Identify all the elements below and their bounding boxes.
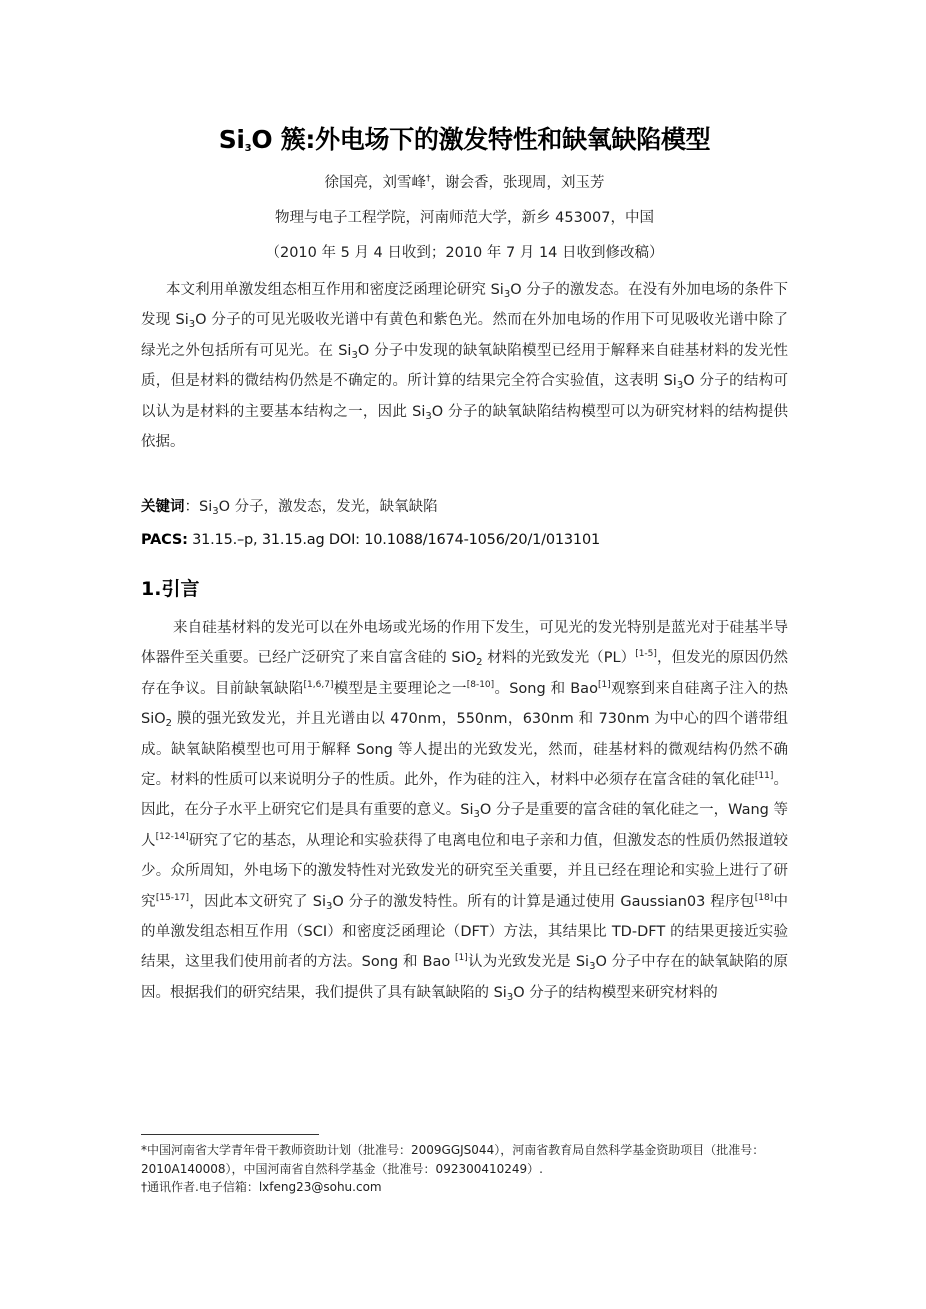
citation-ref: [18] xyxy=(755,893,773,903)
keywords-text: Si xyxy=(199,499,212,515)
authors-text: 徐国亮，刘雪峰 xyxy=(325,175,427,191)
citation-ref: [12-14] xyxy=(156,832,189,842)
corresponding-author-footnote: †通讯作者.电子信箱：lxfeng23@sohu.com xyxy=(141,1178,801,1197)
citation-ref: [8-10] xyxy=(467,680,494,690)
pacs-doi: PACS: 31.15.–p, 31.15.ag DOI: 10.1088/16… xyxy=(141,532,600,548)
funding-footnote: *中国河南省大学青年骨干教师资助计划（批准号：2009GGJS044），河南省教… xyxy=(141,1141,801,1178)
authors-text: ，谢会香，张现周，刘玉芳 xyxy=(431,175,605,191)
footnote-divider xyxy=(141,1134,319,1135)
introduction-body: 来自硅基材料的发光可以在外电场或光场的作用下发生，可见光的发光特别是蓝光对于硅基… xyxy=(141,613,788,1008)
affiliation: 物理与电子工程学院，河南师范大学，新乡 453007，中国 xyxy=(141,206,788,227)
body-text: 模型是主要理论之一 xyxy=(333,681,466,697)
body-text: 膜的强光致发光，并且光谱由以 470nm，550nm，630nm 和 730nm… xyxy=(141,711,788,788)
body-text: O 分子的激发特性。所有的计算是通过使用 Gaussian03 程序包 xyxy=(332,894,754,910)
citation-ref: [15-17] xyxy=(156,893,189,903)
keywords: 关键词：Si3O 分子，激发态，发光，缺氧缺陷 xyxy=(141,495,438,516)
paper-title: Si3O 簇:外电场下的激发特性和缺氧缺陷模型 xyxy=(141,120,788,156)
citation-ref: [1,6,7] xyxy=(304,680,334,690)
citation-ref: [11] xyxy=(755,771,773,781)
author-list: 徐国亮，刘雪峰†，谢会香，张现周，刘玉芳 xyxy=(141,171,788,192)
pacs-label: PACS: xyxy=(141,532,188,548)
citation-ref: [1] xyxy=(455,953,468,963)
abstract-text: 本文利用单激发组态相互作用和密度泛函理论研究 Si xyxy=(166,282,504,298)
title-text: Si xyxy=(219,125,245,154)
citation-ref: [1] xyxy=(598,680,611,690)
keywords-colon: ： xyxy=(185,499,200,515)
body-text: 认为光致发光是 Si xyxy=(468,954,589,970)
body-text: 材料的光致发光（PL） xyxy=(483,650,636,666)
footnotes: *中国河南省大学青年骨干教师资助计划（批准号：2009GGJS044），河南省教… xyxy=(141,1141,801,1197)
section-heading-introduction: 1.引言 xyxy=(141,574,199,601)
received-dates: （2010 年 5 月 4 日收到；2010 年 7 月 14 日收到修改稿） xyxy=(141,241,788,262)
keywords-text: O 分子，激发态，发光，缺氧缺陷 xyxy=(219,499,438,515)
body-text: ，因此本文研究了 Si xyxy=(189,894,326,910)
title-text: O 簇:外电场下的激发特性和缺氧缺陷模型 xyxy=(251,125,710,154)
body-text: O 分子的结构模型来研究材料的 xyxy=(513,985,718,1001)
citation-ref: [1-5] xyxy=(635,649,657,659)
body-text: 。Song 和 Bao xyxy=(494,681,598,697)
pacs-value: 31.15.–p, 31.15.ag DOI: 10.1088/1674-105… xyxy=(188,532,600,548)
abstract: 本文利用单激发组态相互作用和密度泛函理论研究 Si3O 分子的激发态。在没有外加… xyxy=(141,275,788,457)
keywords-label: 关键词 xyxy=(141,499,185,515)
